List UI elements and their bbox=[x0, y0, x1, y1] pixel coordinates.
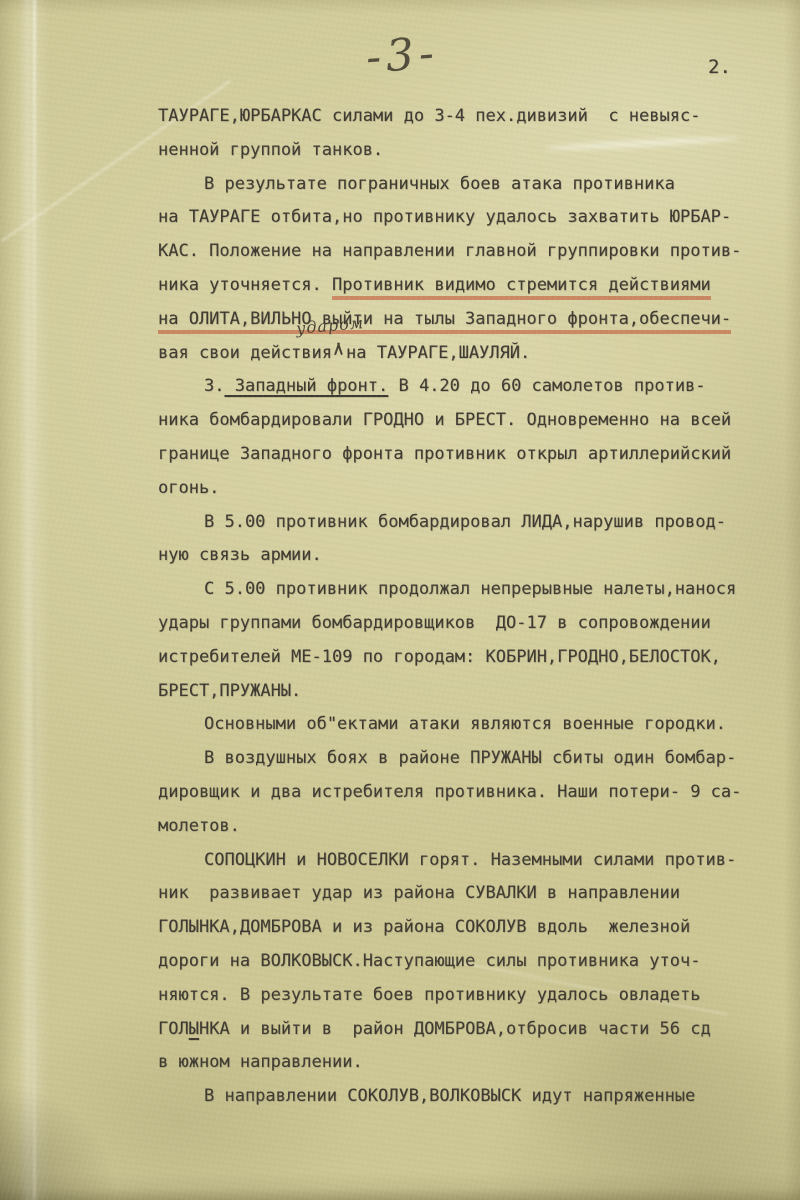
document-line: ник развивает удар из района СУВАЛКИ в н… bbox=[158, 877, 768, 911]
typed-text: в южном направлении. bbox=[158, 1052, 363, 1072]
document-line: в южном направлении. bbox=[158, 1046, 768, 1080]
typed-text: В воздушных боях в районе ПРУЖАНЫ сбиты … bbox=[204, 748, 736, 768]
document-line: истребителей МЕ-109 по городам: КОБРИН,Г… bbox=[158, 641, 768, 675]
typed-text: ную связь армии. bbox=[158, 545, 322, 565]
document-line: БРЕСТ,ПРУЖАНЫ. bbox=[158, 675, 768, 709]
document-line: ненной группой танков. bbox=[158, 134, 768, 168]
typed-text: НКА и выйти в район ДОМБРОВА,отбросив ча… bbox=[199, 1019, 711, 1039]
document-line: В воздушных боях в районе ПРУЖАНЫ сбиты … bbox=[158, 742, 768, 776]
document-line: удары группами бомбардировщиков ДО-17 в … bbox=[158, 607, 768, 641]
typed-text: 3. bbox=[204, 376, 224, 396]
typed-text: БРЕСТ,ПРУЖАНЫ. bbox=[158, 681, 301, 701]
document-line: КАС. Положение на направлении главной гр… bbox=[158, 235, 768, 269]
document-line: В 5.00 противник бомбардировал ЛИДА,нару… bbox=[158, 506, 768, 540]
document-line: вая свои действияударомна ТАУРАГЕ,ШАУЛЯЙ… bbox=[158, 337, 768, 371]
document-line: 3. Западный фронт. В 4.20 до 60 самолето… bbox=[158, 370, 768, 404]
document-line: ТАУРАГЕ,ЮРБАРКАС силами до 3-4 пех.дивиз… bbox=[158, 100, 768, 134]
document-line: дороги на ВОЛКОВЫСК.Наступающие силы про… bbox=[158, 945, 768, 979]
scanned-page: -3- 2. ТАУРАГЕ,ЮРБАРКАС силами до 3-4 пе… bbox=[0, 0, 800, 1200]
document-line: ную связь армии. bbox=[158, 539, 768, 573]
typed-text: ГОЛЫНКА,ДОМБРОВА и из района СОКОЛУВ вдо… bbox=[158, 917, 690, 937]
typed-text: СОПОЦКИН и НОВОСЕЛКИ горят. Наземными си… bbox=[204, 850, 736, 870]
document-line: границе Западного фронта противник откры… bbox=[158, 438, 768, 472]
document-text: ТАУРАГЕ,ЮРБАРКАС силами до 3-4 пех.дивиз… bbox=[158, 100, 768, 1114]
typed-text: на ТАУРАГЕ,ШАУЛЯЙ. bbox=[346, 343, 530, 363]
document-line: на ОЛИТА,ВИЛЬНО выйти на тылы Западного … bbox=[158, 303, 768, 337]
typed-text: В 4.20 до 60 самолетов против- bbox=[388, 376, 705, 396]
handwritten-page-number: -3- bbox=[364, 28, 440, 84]
document-line: молетов. bbox=[158, 810, 768, 844]
document-line: ника бомбардировали ГРОДНО и БРЕСТ. Одно… bbox=[158, 404, 768, 438]
document-line: С 5.00 противник продолжал непрерывные н… bbox=[158, 573, 768, 607]
document-line: ГОЛЫНКА,ДОМБРОВА и из района СОКОЛУВ вдо… bbox=[158, 911, 768, 945]
document-line: В направлении СОКОЛУВ,ВОЛКОВЫСК идут нап… bbox=[158, 1080, 768, 1114]
handwritten-insert: ударом bbox=[332, 341, 346, 358]
typed-text: молетов. bbox=[158, 816, 240, 836]
document-line: ника уточняется. Противник видимо стреми… bbox=[158, 269, 768, 303]
document-line: на ТАУРАГЕ отбита,но противнику удалось … bbox=[158, 201, 768, 235]
red-pencil-underlined-text: на ОЛИТА,ВИЛЬНО выйти на тылы Западного … bbox=[158, 309, 731, 334]
document-line: ГОЛЫНКА и выйти в район ДОМБРОВА,отброси… bbox=[158, 1013, 768, 1047]
typed-underlined-text: Западный фронт. bbox=[224, 376, 388, 396]
document-line: В результате пограничных боев атака прот… bbox=[158, 168, 768, 202]
typed-text: огонь. bbox=[158, 478, 219, 498]
typed-text: дировщик и два истребителя противника. Н… bbox=[158, 782, 741, 802]
typed-text: границе Западного фронта противник откры… bbox=[158, 444, 731, 464]
typed-text: ника уточняется. bbox=[158, 275, 332, 295]
typed-text: вая свои действия bbox=[158, 343, 332, 363]
handwritten-insert-word: ударом bbox=[295, 306, 366, 346]
document-line: СОПОЦКИН и НОВОСЕЛКИ горят. Наземными си… bbox=[158, 844, 768, 878]
typed-text: удары группами бомбардировщиков ДО-17 в … bbox=[158, 613, 711, 633]
typed-text: В результате пограничных боев атака прот… bbox=[204, 174, 675, 194]
paper-crease-vertical bbox=[33, 0, 36, 1200]
typed-text: В 5.00 противник бомбардировал ЛИДА,нару… bbox=[204, 512, 726, 532]
typed-text: КАС. Положение на направлении главной гр… bbox=[158, 241, 741, 261]
typed-page-number: 2. bbox=[708, 56, 731, 78]
typed-text: ненной группой танков. bbox=[158, 140, 383, 160]
typed-text: С 5.00 противник продолжал непрерывные н… bbox=[204, 579, 736, 599]
typed-text: ник развивает удар из района СУВАЛКИ в н… bbox=[158, 883, 680, 903]
typed-text: В направлении СОКОЛУВ,ВОЛКОВЫСК идут нап… bbox=[204, 1086, 695, 1106]
document-line: няются. В результате боев противнику уда… bbox=[158, 979, 768, 1013]
typed-text: на ТАУРАГЕ отбита,но противнику удалось … bbox=[158, 207, 731, 227]
typed-underlined-text: Ы bbox=[189, 1019, 199, 1039]
typed-text: ТАУРАГЕ,ЮРБАРКАС силами до 3-4 пех.дивиз… bbox=[158, 106, 700, 126]
typed-text: ГОЛ bbox=[158, 1019, 189, 1039]
typed-text: Основными об"ектами атаки являются военн… bbox=[204, 714, 726, 734]
red-pencil-underlined-text: Противник видимо стремится действиями bbox=[332, 275, 711, 300]
document-line: дировщик и два истребителя противника. Н… bbox=[158, 776, 768, 810]
insertion-caret-mark bbox=[333, 343, 344, 355]
typed-text: истребителей МЕ-109 по городам: КОБРИН,Г… bbox=[158, 647, 721, 667]
document-line: огонь. bbox=[158, 472, 768, 506]
typed-text: ника бомбардировали ГРОДНО и БРЕСТ. Одно… bbox=[158, 410, 731, 430]
document-line: Основными об"ектами атаки являются военн… bbox=[158, 708, 768, 742]
typed-text: няются. В результате боев противнику уда… bbox=[158, 985, 700, 1005]
typed-text: дороги на ВОЛКОВЫСК.Наступающие силы про… bbox=[158, 951, 700, 971]
